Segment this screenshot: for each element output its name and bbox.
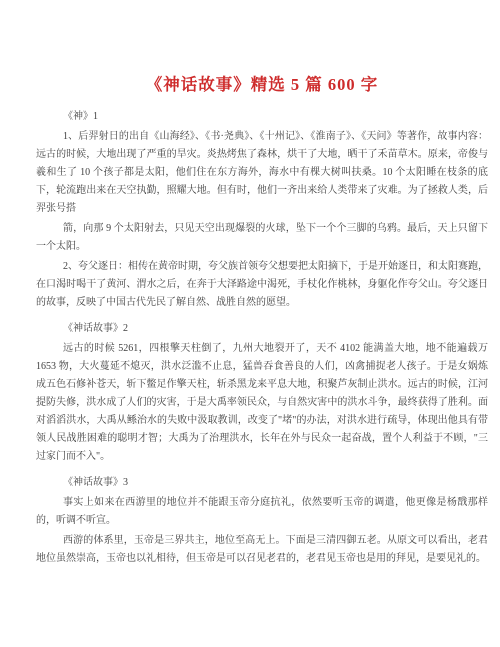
section-heading-2: 《神话故事》2 — [36, 320, 488, 338]
section-heading-1: 《神》1 — [36, 108, 488, 126]
paragraph-nuwa-dayu: 远古的时候 5261，四根擎天柱倒了，九州大地裂开了，天不 4102 能满盖大地… — [36, 340, 488, 466]
document-page: 《神话故事》精选 5 篇 600 字 《神》1 1、后羿射日的出自《山海经》、《… — [0, 0, 500, 647]
section-heading-3: 《神话故事》3 — [36, 474, 488, 492]
paragraph-houyi-2: 箭，向那 9 个太阳射去，只见天空出现爆裂的火球，坠下一个个三脚的乌鸦。最后，天… — [36, 220, 488, 256]
paragraph-yudi: 西游的体系里，玉帝是三界共主，地位至高无上。下面是三清四御五老。从原文可以看出，… — [36, 532, 488, 568]
paragraph-kuafu: 2、夸父逐日：相传在黄帝时期，夸父族首领夸父想要把太阳摘下，于是开始逐日，和太阳… — [36, 258, 488, 312]
paragraph-rulai: 事实上如来在西游里的地位并不能跟玉帝分庭抗礼，依然要听玉帝的调遣，他更像是杨戬那… — [36, 494, 488, 530]
document-title: 《神话故事》精选 5 篇 600 字 — [36, 74, 488, 96]
paragraph-houyi-1: 1、后羿射日的出自《山海经》、《书·尧典》、《十州记》、《淮南子》、《天问》等著… — [36, 128, 488, 218]
document-body: 《神》1 1、后羿射日的出自《山海经》、《书·尧典》、《十州记》、《淮南子》、《… — [36, 108, 488, 568]
